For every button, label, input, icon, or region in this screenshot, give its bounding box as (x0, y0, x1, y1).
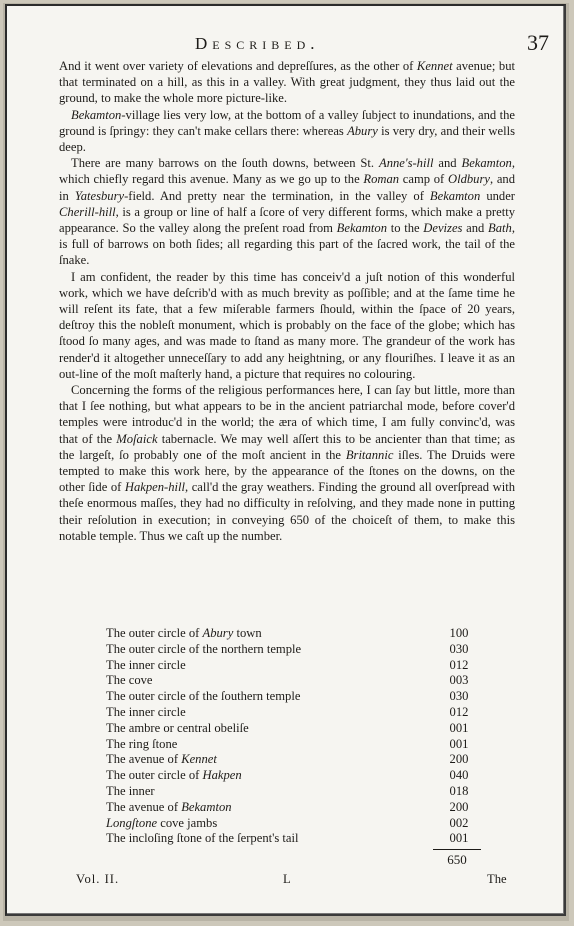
italic-term: Oldbury (448, 172, 490, 186)
row-label: Longſtone cove jambs (106, 816, 217, 832)
paragraph: And it went over variety of elevations a… (59, 58, 515, 107)
table-row: The ring ſtone001 (106, 737, 486, 753)
row-value: 100 (444, 626, 474, 642)
row-label: The outer circle of Abury town (106, 626, 262, 642)
paragraph: I am confident, the reader by this time … (59, 269, 515, 382)
row-value: 012 (444, 705, 474, 721)
italic-term: Kennet (417, 59, 453, 73)
table-row: The avenue of Bekamton200 (106, 800, 486, 816)
paragraph: There are many barrows on the ſouth down… (59, 155, 515, 268)
table-row: The inner circle012 (106, 658, 486, 674)
running-head-title: Described. (195, 34, 320, 54)
body-text: And it went over variety of elevations a… (59, 58, 515, 544)
page-footer: Vol. II. L The (7, 872, 564, 890)
row-label: The outer circle of the northern temple (106, 642, 301, 658)
row-value: 030 (444, 642, 474, 658)
row-label: The ring ſtone (106, 737, 177, 753)
italic-term: Roman (363, 172, 399, 186)
table-row: The ambre or central obeliſe001 (106, 721, 486, 737)
row-label: The outer circle of the ſouthern temple (106, 689, 300, 705)
italic-term: Bekamton (181, 800, 231, 814)
row-label: The avenue of Bekamton (106, 800, 232, 816)
italic-term: Yatesbury (75, 189, 124, 203)
italic-term: Devizes (423, 221, 462, 235)
italic-term: Abury (203, 626, 234, 640)
table-row: The cove003 (106, 673, 486, 689)
row-label: The inner circle (106, 658, 186, 674)
sum-total: 650 (442, 852, 472, 868)
volume-label: Vol. II. (76, 872, 119, 887)
row-label: The inner circle (106, 705, 186, 721)
row-label: The avenue of Kennet (106, 752, 217, 768)
italic-term: Bekamton (430, 189, 480, 203)
italic-term: Bath (488, 221, 512, 235)
row-label: The inner (106, 784, 155, 800)
row-value: 001 (444, 831, 474, 847)
italic-term: Bekamton (462, 156, 512, 170)
catchword: The (487, 872, 507, 887)
row-value: 040 (444, 768, 474, 784)
italic-term: Moſaick (116, 432, 157, 446)
paragraph: Bekamton-village lies very low, at the b… (59, 107, 515, 156)
italic-term: Anne's-hill (379, 156, 433, 170)
table-row: The outer circle of the northern temple0… (106, 642, 486, 658)
book-page: Described. 37 And it went over variety o… (5, 4, 566, 916)
row-value: 012 (444, 658, 474, 674)
running-head: Described. 37 (7, 34, 564, 58)
row-value: 001 (444, 721, 474, 737)
italic-term: Bekamton (71, 108, 121, 122)
row-value: 003 (444, 673, 474, 689)
row-label: The ambre or central obeliſe (106, 721, 249, 737)
row-value: 200 (444, 800, 474, 816)
row-value: 030 (444, 689, 474, 705)
sum-rule (433, 849, 481, 850)
signature-mark: L (283, 872, 291, 887)
italic-term: Hakpen-hill (125, 480, 185, 494)
table-row: Longſtone cove jambs002 (106, 816, 486, 832)
row-value: 018 (444, 784, 474, 800)
row-label: The incloſing ſtone of the ſerpent's tai… (106, 831, 299, 847)
row-label: The outer circle of Hakpen (106, 768, 242, 784)
table-row: The inner circle012 (106, 705, 486, 721)
italic-term: Britannic (346, 448, 394, 462)
row-value: 002 (444, 816, 474, 832)
italic-term: Hakpen (203, 768, 242, 782)
italic-term: Abury (347, 124, 378, 138)
italic-term: Bekamton (337, 221, 387, 235)
table-row: The outer circle of Abury town100 (106, 626, 486, 642)
stone-count-table: The outer circle of Abury town100The out… (106, 626, 486, 847)
paragraph: Concerning the forms of the religious pe… (59, 382, 515, 544)
italic-term: Longſtone (106, 816, 157, 830)
table-row: The incloſing ſtone of the ſerpent's tai… (106, 831, 486, 847)
row-value: 001 (444, 737, 474, 753)
italic-term: Kennet (181, 752, 217, 766)
row-value: 200 (444, 752, 474, 768)
table-row: The outer circle of Hakpen040 (106, 768, 486, 784)
table-row: The outer circle of the ſouthern temple0… (106, 689, 486, 705)
table-row: The avenue of Kennet200 (106, 752, 486, 768)
table-row: The inner018 (106, 784, 486, 800)
page-number: 37 (527, 30, 549, 56)
italic-term: Cherill-hill (59, 205, 116, 219)
row-label: The cove (106, 673, 153, 689)
